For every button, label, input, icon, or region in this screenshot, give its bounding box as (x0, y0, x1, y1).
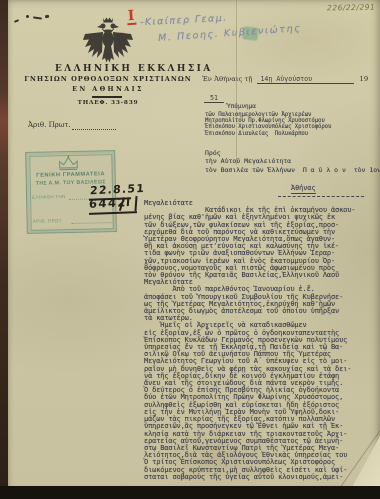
stamp-received-label: ΕΛΗΦΘΗ ΤΗΝ (32, 194, 66, 200)
recipient-line1: τὴν Αὐτοῦ Μεγαλειότητα (205, 157, 291, 165)
ink-dot (26, 15, 29, 18)
memo-body-text: Μεγαλειότατε Κατάδικοι ἐκ τῆς ἐπὶ ὀκταμή… (144, 200, 355, 481)
protocol-number-label: Ἀριθ. Πρωτ. (28, 121, 71, 129)
letterhead-phone: ΤΗΛΕΦ. 33-839 (70, 100, 146, 106)
protocol-number-blank-line (72, 129, 116, 130)
dateline-typed-year: 51 (204, 94, 224, 103)
memo-senders: τῶν Παλαιοημερολογιτῶν Ἀρχιερέων Μητροπο… (205, 112, 331, 137)
recipient-line2: τὸν Βασιλέα τῶν Ἑλλήνων Π α ῦ λ ο ν τὸν … (205, 166, 380, 174)
archive-number-annotation: 226/22/291 (327, 3, 375, 13)
stamp-protocol-label: ΑΡΙΘ. ΠΡΩΤ. (33, 218, 63, 224)
crown-icon (55, 155, 81, 172)
letterhead-rule (92, 96, 122, 98)
letterhead-church-name: ΕΛΛΗΝΙΚΗ ΕΚΚΛΗΣΙΑ (55, 64, 161, 74)
memo-heading: Ὑπόμνημα (227, 104, 256, 110)
scanned-document: Ι -Κιαίπερ Γεαμ. Μ. Πεοης. Κυβιενιώτης 2… (0, 0, 380, 499)
scan-edge-bottom (0, 486, 380, 499)
recipient-city: Ἀθήνας (291, 184, 316, 194)
recipient-to-label: Πρός (205, 149, 221, 157)
double-headed-eagle-icon (78, 16, 138, 66)
stamp-ink-number-suffix: Ι (126, 196, 131, 209)
recipient-dashed-rule (278, 196, 364, 197)
letterhead-church-city: ΕΝ ΑΘΗΝΑΙΣ (60, 85, 156, 93)
dateline: Ἐν Ἀθήναις τῇ 14ῃ Αὐγούστου 19 51 (202, 66, 380, 80)
dateline-typed-date: 14ῃ Αὐγούστου (257, 75, 354, 84)
dateline-printed-prefix: Ἐν Ἀθήναις τῇ (202, 75, 252, 83)
letterhead-church-subtitle: ΓΝΗΣΙΩΝ ΟΡΘΟΔΟΞΩΝ ΧΡΙΣΤΙΑΝΩΝ (22, 75, 194, 83)
dateline-printed-year-prefix: 19 (360, 75, 369, 83)
